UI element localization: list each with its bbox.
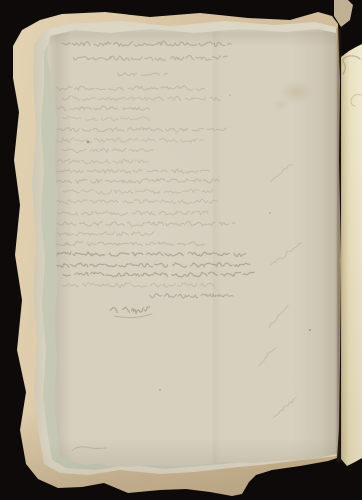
manuscript-photo (0, 0, 362, 500)
page-gap-shadow (336, 28, 342, 462)
